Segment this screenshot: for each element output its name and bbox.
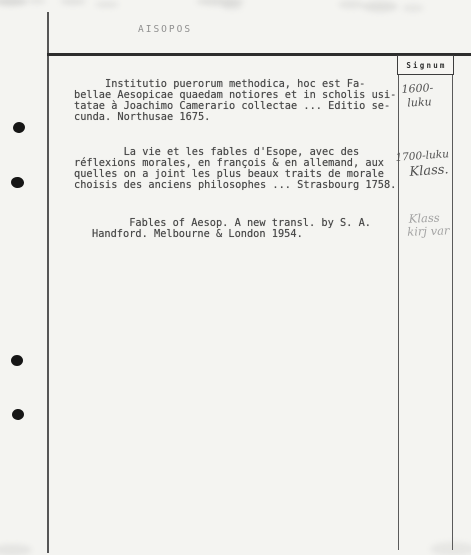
scan-noise [0, 0, 28, 6]
punch-hole [10, 176, 24, 189]
punch-hole [12, 121, 26, 134]
signum-column-left-line [398, 55, 399, 550]
signum-note-2: 1700-luku Klass. [395, 147, 450, 181]
signum-header-box: Signum [397, 55, 454, 75]
catalog-card-scan: AISOPOS Signum Institutio puerorum metho… [0, 0, 471, 555]
scan-noise [402, 4, 424, 12]
bibliography-entry-3: Fables of Aesop. A new transl. by S. A. … [92, 218, 371, 240]
entry-line: choisis des anciens philosophes ... Stra… [74, 180, 396, 191]
punch-hole [11, 355, 23, 366]
signum-note-1: 1600- luku [401, 81, 434, 111]
bibliography-entry-1: Institutio puerorum methodica, hoc est F… [74, 79, 396, 123]
card-heading: AISOPOS [138, 24, 192, 35]
signum-note-line: kirj var [407, 224, 450, 238]
signum-note-line: luku [407, 95, 434, 110]
scan-noise [338, 0, 364, 9]
entry-line: Handford. Melbourne & London 1954. [92, 229, 371, 240]
signum-column-right-line [452, 55, 453, 550]
scan-noise [28, 0, 46, 4]
scan-noise [95, 1, 119, 8]
bibliography-entry-2: La vie et les fables d'Esope, avec des r… [74, 147, 396, 191]
scan-noise [222, 2, 242, 10]
signum-note-line: Klass. [409, 162, 450, 180]
scan-noise [430, 542, 471, 555]
scan-noise [60, 0, 86, 5]
signum-column-header: Signum [404, 61, 446, 70]
punch-hole [11, 408, 24, 420]
signum-note-3: Klass kirj var [409, 211, 450, 238]
scan-noise [0, 544, 32, 555]
scan-noise [362, 1, 398, 12]
card-left-border-line [47, 12, 49, 553]
entry-line: cunda. Northusae 1675. [74, 112, 396, 123]
